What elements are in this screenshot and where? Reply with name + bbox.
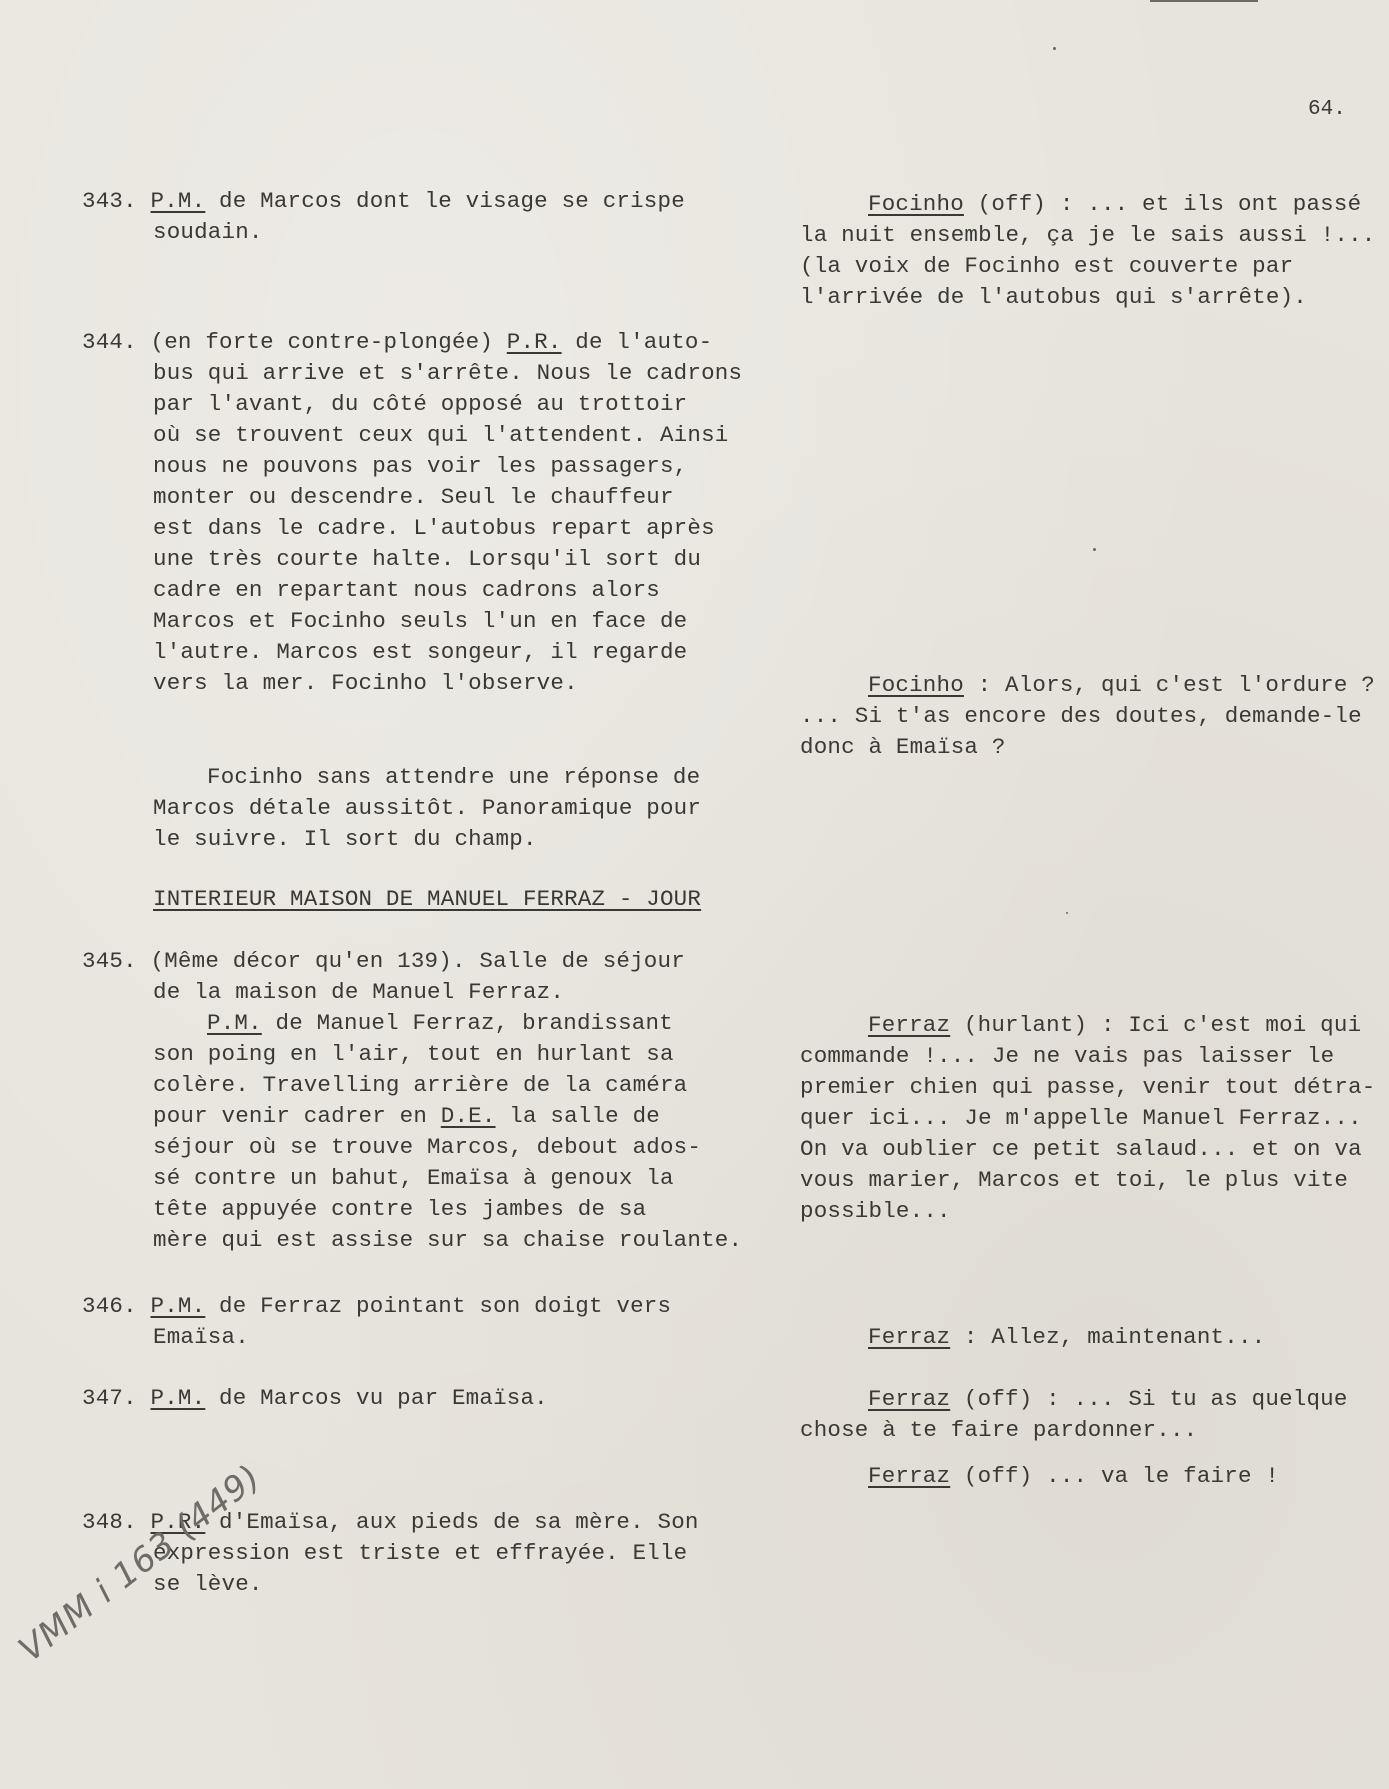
shot-346-line-1: 346. P.M. de Ferraz pointant son doigt v… <box>82 1291 671 1322</box>
shot-type-abbrev: P.M. <box>151 1385 206 1411</box>
speaker-name: Ferraz <box>868 1012 950 1038</box>
shot-type-abbrev: P.M. <box>151 1293 206 1319</box>
shot-344-continuation-line: Focinho sans attendre une réponse de <box>207 762 700 793</box>
shot-345-line: tête appuyée contre les jambes de sa <box>153 1194 646 1225</box>
shot-343-line-1: 343. P.M. de Marcos dont le visage se cr… <box>82 186 685 217</box>
dialogue-5-line: chose à te faire pardonner... <box>800 1415 1197 1446</box>
shot-344-line: nous ne pouvons pas voir les passagers, <box>153 451 687 482</box>
shot-345-line: P.M. de Manuel Ferraz, brandissant <box>207 1008 673 1039</box>
dialogue-3-line: possible... <box>800 1196 951 1227</box>
scene-heading: INTERIEUR MAISON DE MANUEL FERRAZ - JOUR <box>153 884 701 915</box>
speaker-name: Ferraz <box>868 1324 950 1350</box>
shot-text: de l'auto- <box>562 329 713 355</box>
dialogue-3-line: quer ici... Je m'appelle Manuel Ferraz..… <box>800 1103 1362 1134</box>
shot-345-line-1: 345. (Même décor qu'en 139). Salle de sé… <box>82 946 685 977</box>
shot-344-line: une très courte halte. Lorsqu'il sort du <box>153 544 701 575</box>
shot-text: de Marcos dont le visage se crispe <box>205 188 685 214</box>
paper-speck <box>1053 47 1056 50</box>
page-number: 64. <box>1308 98 1346 121</box>
shot-348-line: expression est triste et effrayée. Elle <box>153 1538 687 1569</box>
dialogue-1-line-1: Focinho (off) : ... et ils ont passé <box>868 189 1361 220</box>
shot-text: la salle de <box>496 1103 660 1129</box>
shot-text: de Manuel Ferraz, brandissant <box>262 1010 673 1036</box>
shot-348-line: se lève. <box>153 1569 263 1600</box>
dialogue-text: (off) ... va le faire ! <box>950 1463 1279 1489</box>
dialogue-3-line-1: Ferraz (hurlant) : Ici c'est moi qui <box>868 1010 1361 1041</box>
dialogue-2-line: ... Si t'as encore des doutes, demande-l… <box>800 701 1362 732</box>
shot-344-continuation-line: Marcos détale aussitôt. Panoramique pour <box>153 793 701 824</box>
shot-344-line: bus qui arrive et s'arrête. Nous le cadr… <box>153 358 742 389</box>
shot-text: d'Emaïsa, aux pieds de sa mère. Son <box>205 1509 698 1535</box>
speaker-name: Focinho <box>868 672 964 698</box>
shot-type-abbrev: P.M. <box>207 1010 262 1036</box>
shot-number: 345. <box>82 948 137 974</box>
shot-344-line: cadre en repartant nous cadrons alors <box>153 575 660 606</box>
dialogue-1-line: la nuit ensemble, ça je le sais aussi !.… <box>800 220 1376 251</box>
typewritten-page: 64. 343. P.M. de Marcos dont le visage s… <box>0 0 1389 1789</box>
paper-speck <box>1093 548 1096 551</box>
dialogue-1-line: (la voix de Focinho est couverte par <box>800 251 1293 282</box>
shot-type-abbrev: P.R. <box>507 329 562 355</box>
shot-344-line: où se trouvent ceux qui l'attendent. Ain… <box>153 420 729 451</box>
shot-345-line: séjour où se trouve Marcos, debout ados- <box>153 1132 701 1163</box>
shot-344-line: Marcos et Focinho seuls l'un en face de <box>153 606 687 637</box>
speaker-name: Ferraz <box>868 1386 950 1412</box>
shot-344-line: monter ou descendre. Seul le chauffeur <box>153 482 674 513</box>
dialogue-text: (hurlant) : Ici c'est moi qui <box>950 1012 1361 1038</box>
shot-345-line: sé contre un bahut, Emaïsa à genoux la <box>153 1163 674 1194</box>
shot-343-line-2: soudain. <box>153 217 263 248</box>
dialogue-4-line-1: Ferraz : Allez, maintenant... <box>868 1322 1265 1353</box>
shot-345-line: mère qui est assise sur sa chaise roulan… <box>153 1225 742 1256</box>
paper-speck <box>1066 912 1068 914</box>
shot-345-line: pour venir cadrer en D.E. la salle de <box>153 1101 660 1132</box>
speaker-name: Ferraz <box>868 1463 950 1489</box>
shot-type-abbrev: P.M. <box>151 188 206 214</box>
shot-345-line: son poing en l'air, tout en hurlant sa <box>153 1039 674 1070</box>
shot-344-line: par l'avant, du côté opposé au trottoir <box>153 389 687 420</box>
shot-345-line: colère. Travelling arrière de la caméra <box>153 1070 687 1101</box>
shot-344-continuation-line: le suivre. Il sort du champ. <box>153 824 537 855</box>
shot-text: de Ferraz pointant son doigt vers <box>205 1293 671 1319</box>
shot-number: 347. <box>82 1385 137 1411</box>
dialogue-3-line: On va oublier ce petit salaud... et on v… <box>800 1134 1362 1165</box>
shot-345-line: de la maison de Manuel Ferraz. <box>153 977 564 1008</box>
shot-text: pour venir cadrer en <box>153 1103 441 1129</box>
dialogue-5-line-1: Ferraz (off) : ... Si tu as quelque <box>868 1384 1348 1415</box>
shot-344-line: l'autre. Marcos est songeur, il regarde <box>153 637 687 668</box>
shot-347-line-1: 347. P.M. de Marcos vu par Emaïsa. <box>82 1383 548 1414</box>
shot-number: 343. <box>82 188 137 214</box>
shot-346-line-2: Emaïsa. <box>153 1322 249 1353</box>
dialogue-text: (off) : ... et ils ont passé <box>964 191 1361 217</box>
dialogue-3-line: vous marier, Marcos et toi, le plus vite <box>800 1165 1348 1196</box>
dialogue-text: : Allez, maintenant... <box>950 1324 1265 1350</box>
shot-type-abbrev: D.E. <box>441 1103 496 1129</box>
shot-344-line: est dans le cadre. L'autobus repart aprè… <box>153 513 715 544</box>
dialogue-2-line-1: Focinho : Alors, qui c'est l'ordure ? <box>868 670 1375 701</box>
shot-344-line-1: 344. (en forte contre-plongée) P.R. de l… <box>82 327 712 358</box>
top-edge-rule <box>1150 0 1258 2</box>
shot-number: 344. <box>82 329 137 355</box>
shot-number: 346. <box>82 1293 137 1319</box>
dialogue-3-line: commande !... Je ne vais pas laisser le <box>800 1041 1334 1072</box>
shot-text: (Même décor qu'en 139). Salle de séjour <box>151 948 685 974</box>
dialogue-2-line: donc à Emaïsa ? <box>800 732 1006 763</box>
dialogue-3-line: premier chien qui passe, venir tout détr… <box>800 1072 1376 1103</box>
dialogue-text: : Alors, qui c'est l'ordure ? <box>964 672 1375 698</box>
shot-text: (en forte contre-plongée) <box>151 329 507 355</box>
dialogue-1-line: l'arrivée de l'autobus qui s'arrête). <box>800 282 1307 313</box>
speaker-name: Focinho <box>868 191 964 217</box>
shot-text: de Marcos vu par Emaïsa. <box>205 1385 548 1411</box>
shot-344-line: vers la mer. Focinho l'observe. <box>153 668 578 699</box>
shot-number: 348. <box>82 1509 137 1535</box>
dialogue-6-line-1: Ferraz (off) ... va le faire ! <box>868 1461 1279 1492</box>
dialogue-text: (off) : ... Si tu as quelque <box>950 1386 1347 1412</box>
